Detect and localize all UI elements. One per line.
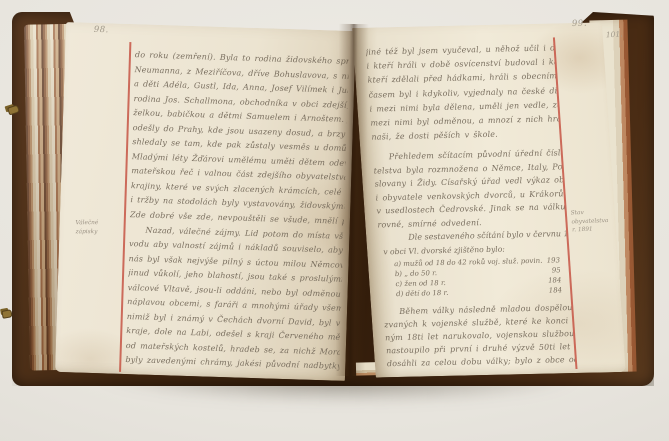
census-item-value: 193 (546, 256, 562, 266)
census-list: a) mužů od 18 do 42 roků voj. služ. povi… (380, 255, 571, 299)
left-page: 98. Válečné zápisky do roku (zemření). B… (55, 22, 356, 381)
right-paragraph-1: jiné též byl jsem vyučeval, u něhož učil… (365, 41, 560, 144)
right-paragraph-3: Během války následně mladou dospělou stá… (383, 301, 575, 370)
right-page-text: jiné též byl jsem vyučeval, u něhož učil… (365, 41, 575, 370)
right-margin-note-line: r. 1891 (572, 225, 617, 235)
photo-background: 101. 98. Válečné zápisky do roku (zemřen… (0, 0, 669, 441)
right-margin-note-line: Stav obyvatelstva (570, 208, 615, 227)
left-margin-note-line: Válečné (76, 219, 122, 228)
handwriting-line: naši, že dosti pěších v škole. (371, 126, 560, 144)
back-leaf-page-number: 101. (606, 29, 623, 39)
census-item-value: 184 (548, 276, 564, 286)
left-margin-note: Válečné zápisky (76, 219, 122, 236)
right-margin-note: Stav obyvatelstva r. 1891 (570, 208, 616, 235)
left-margin-note-line: zápisky (76, 228, 122, 237)
right-page-number: 99. (572, 19, 588, 29)
left-paragraph-1: do roku (zemření). Byla to rodina židovs… (130, 48, 349, 229)
left-page-number: 98. (94, 25, 109, 35)
census-item-label: d) dětí do 18 r. (382, 288, 449, 299)
left-page-text: do roku (zemření). Byla to rodina židovs… (125, 48, 349, 375)
clasp-hook-bottom (1, 309, 12, 319)
right-page: 99. Stav obyvatelstva r. 1891 jiné též b… (352, 22, 626, 377)
left-paragraph-2: Nazad, válečné zájmy. Lid potom do místa… (125, 223, 343, 375)
right-paragraph-2: Přehledem sčítacím původní úřední čísla … (372, 147, 565, 232)
census-item-value: 95 (552, 266, 564, 276)
book-gutter (335, 24, 369, 376)
census-item-value: 184 (548, 286, 564, 296)
